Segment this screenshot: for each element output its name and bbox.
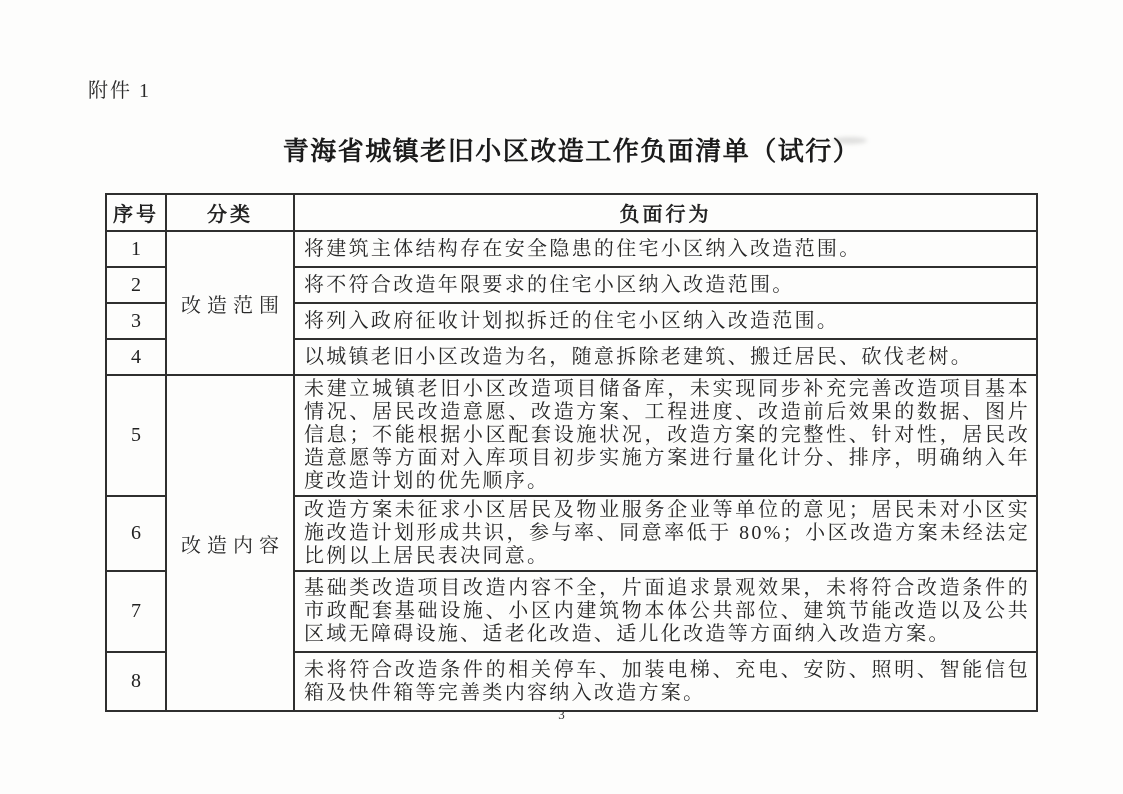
category-cell-content: 改造内容 [166, 375, 294, 711]
behavior-cell: 将列入政府征收计划拟拆迁的住宅小区纳入改造范围。 [294, 303, 1037, 339]
attachment-label: 附件 1 [88, 74, 151, 103]
behavior-cell: 未建立城镇老旧小区改造项目储备库，未实现同步补充完善改造项目基本情况、居民改造意… [294, 375, 1037, 496]
serial-cell: 8 [106, 652, 166, 711]
serial-cell: 3 [106, 303, 166, 339]
category-cell-scope: 改造范围 [166, 231, 294, 375]
table-row: 5 改造内容 未建立城镇老旧小区改造项目储备库，未实现同步补充完善改造项目基本情… [106, 375, 1037, 496]
behavior-cell: 改造方案未征求小区居民及物业服务企业等单位的意见；居民未对小区实施改造计划形成共… [294, 496, 1037, 571]
document-page: 附件 1 青海省城镇老旧小区改造工作负面清单（试行） 序号 分类 负面行为 1 … [0, 0, 1123, 794]
serial-cell: 2 [106, 267, 166, 303]
serial-cell: 1 [106, 231, 166, 267]
column-header-behavior: 负面行为 [294, 194, 1037, 231]
behavior-cell: 基础类改造项目改造内容不全，片面追求景观效果，未将符合改造条件的市政配套基础设施… [294, 571, 1037, 652]
behavior-cell: 将建筑主体结构存在安全隐患的住宅小区纳入改造范围。 [294, 231, 1037, 267]
behavior-cell: 未将符合改造条件的相关停车、加装电梯、充电、安防、照明、智能信包箱及快件箱等完善… [294, 652, 1037, 711]
page-title: 青海省城镇老旧小区改造工作负面清单（试行） [105, 131, 1038, 168]
negative-list-table: 序号 分类 负面行为 1 改造范围 将建筑主体结构存在安全隐患的住宅小区纳入改造… [105, 193, 1038, 712]
serial-cell: 4 [106, 339, 166, 375]
serial-cell: 5 [106, 375, 166, 496]
scan-smudge [833, 137, 867, 144]
behavior-cell: 以城镇老旧小区改造为名，随意拆除老建筑、搬迁居民、砍伐老树。 [294, 339, 1037, 375]
column-header-category: 分类 [166, 194, 294, 231]
behavior-cell: 将不符合改造年限要求的住宅小区纳入改造范围。 [294, 267, 1037, 303]
serial-cell: 7 [106, 571, 166, 652]
table-header-row: 序号 分类 负面行为 [106, 194, 1037, 231]
table-row: 1 改造范围 将建筑主体结构存在安全隐患的住宅小区纳入改造范围。 [106, 231, 1037, 267]
column-header-serial: 序号 [106, 194, 166, 231]
page-number: 3 [0, 707, 1123, 723]
serial-cell: 6 [106, 496, 166, 571]
